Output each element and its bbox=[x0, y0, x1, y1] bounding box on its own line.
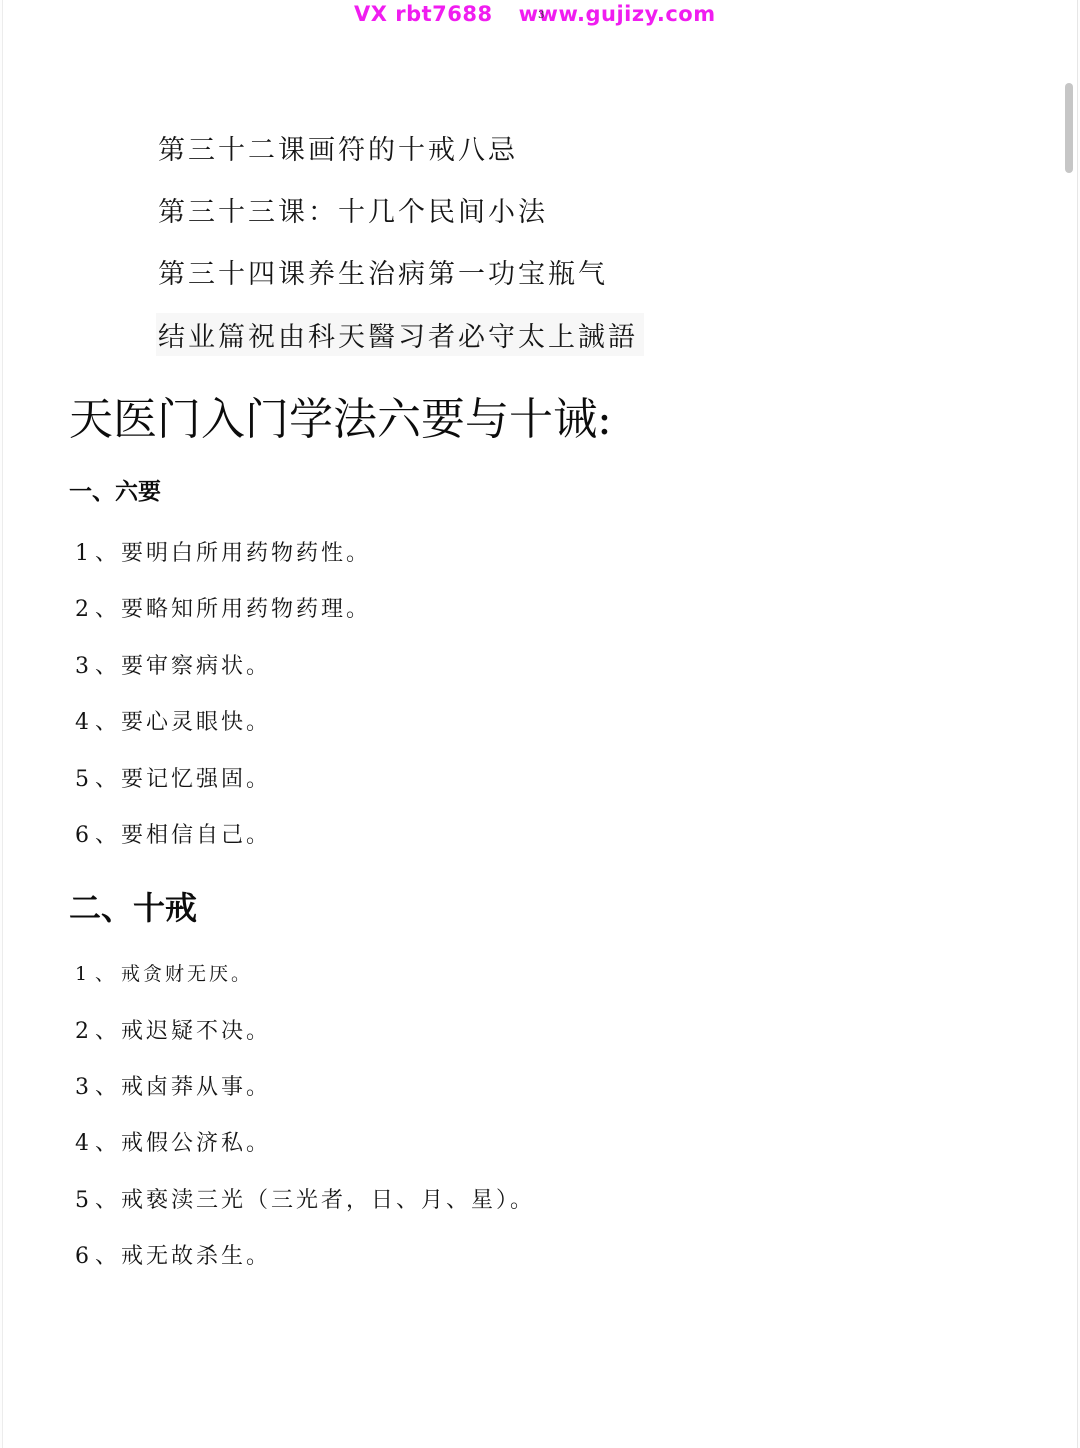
list-item: 1、要明白所用药物药性。 bbox=[75, 536, 371, 567]
list-item: 4、要心灵眼快。 bbox=[75, 705, 271, 736]
list-item: 6、要相信自己。 bbox=[75, 818, 271, 849]
list-item: 1、戒贪财无厌。 bbox=[75, 959, 253, 986]
list-item: 3、要审察病状。 bbox=[75, 649, 271, 680]
list-item: 5、要记忆强固。 bbox=[75, 762, 271, 793]
main-heading: 天医门入门学法六要与十诫: bbox=[69, 383, 612, 447]
watermark-url: www.gujizy.com bbox=[519, 2, 716, 26]
watermark: VX rbt7688www.gujizy.com bbox=[354, 2, 716, 26]
document-viewer: VX rbt7688www.gujizy.com 3 第三十二课画符的十戒八忌 … bbox=[0, 0, 1080, 1448]
vertical-scrollbar-thumb[interactable] bbox=[1065, 83, 1073, 173]
list-item: 3、戒卤莽从事。 bbox=[75, 1070, 271, 1101]
list-item: 2、要略知所用药物药理。 bbox=[75, 592, 371, 623]
list-item: 6、戒无故杀生。 bbox=[75, 1239, 271, 1270]
toc-item: 第三十四课养生治病第一功宝瓶气 bbox=[158, 252, 608, 291]
toc-item: 结业篇祝由科天醫习者必守太上誡語 bbox=[156, 313, 644, 356]
list-item: 5、戒亵渎三光（三光者，日、月、星）。 bbox=[75, 1183, 535, 1214]
list-item: 4、戒假公济私。 bbox=[75, 1126, 271, 1157]
toc-item: 第三十三课：十几个民间小法 bbox=[158, 190, 548, 229]
toc-item: 第三十二课画符的十戒八忌 bbox=[158, 128, 518, 167]
page-number: 3 bbox=[538, 10, 544, 21]
list-item: 2、戒迟疑不决。 bbox=[75, 1014, 271, 1045]
document-page: VX rbt7688www.gujizy.com 3 第三十二课画符的十戒八忌 … bbox=[2, 0, 1078, 1448]
watermark-wechat: VX rbt7688 bbox=[354, 2, 493, 26]
section-heading-six-requirements: 一、六要 bbox=[69, 473, 161, 506]
section-heading-ten-precepts: 二、十戒 bbox=[69, 883, 197, 929]
